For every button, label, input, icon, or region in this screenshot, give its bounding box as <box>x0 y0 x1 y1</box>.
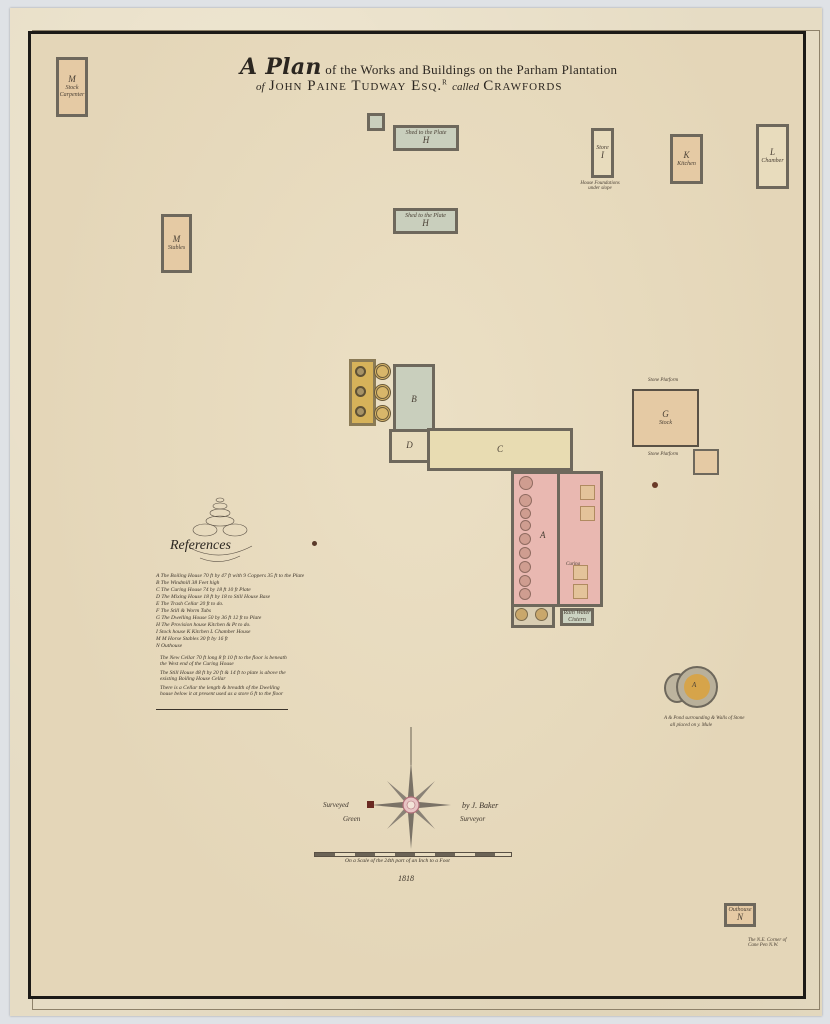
curing-cistern <box>580 506 595 521</box>
well-water <box>684 674 710 700</box>
building-i-caption: House Foundations under slope <box>580 181 620 191</box>
building-n-outhouse: Outhouse N <box>724 903 756 927</box>
boiling-copper <box>520 520 531 531</box>
title-a-plan: A Plan <box>240 54 322 80</box>
worm-tub-2 <box>374 384 391 401</box>
building-small-square <box>367 113 385 131</box>
building-g-dwelling: G Stock <box>632 389 699 447</box>
title-estate-name: Crawfords <box>483 78 562 94</box>
building-d: D <box>389 429 430 463</box>
building-m-stables: M Stables <box>161 214 192 273</box>
curing-cistern <box>573 584 588 599</box>
building-label: Stock <box>659 420 672 427</box>
lower-copper-1 <box>515 608 528 621</box>
lower-copper-2 <box>535 608 548 621</box>
building-k-kitchen: K Kitchen <box>670 134 703 184</box>
title-of: of <box>256 81 265 93</box>
building-letter: C <box>497 445 503 455</box>
building-letter: B <box>411 395 417 405</box>
title-owner: John Paine Tudway Esq. <box>269 78 442 94</box>
building-i-store: Store I <box>591 128 614 178</box>
boiling-copper <box>519 575 531 587</box>
worm-tub-1 <box>374 363 391 380</box>
ink-stain <box>312 541 317 546</box>
building-b: B <box>393 364 435 432</box>
boiling-copper <box>519 547 531 559</box>
building-label: Chamber <box>761 158 783 165</box>
building-letter: M <box>68 75 76 85</box>
bottom-corner-note: The N.E. Corner of Cane Pen N.W. <box>748 938 793 948</box>
map-year: 1818 <box>398 874 414 883</box>
title-called: called <box>452 81 479 93</box>
still-copper-1 <box>355 366 366 377</box>
reference-note: There is a Cellar the length & breadth o… <box>160 685 290 697</box>
building-a-letter: A <box>540 530 546 540</box>
still-copper-3 <box>355 406 366 417</box>
building-g-caption-top: Stone Platform <box>648 378 678 383</box>
reference-item: N Outhouse <box>156 643 182 649</box>
building-g-annex <box>693 449 719 475</box>
surveyed-location: Green <box>343 815 360 823</box>
compass-rose-icon <box>365 725 465 850</box>
building-sublabel: Carpenter <box>60 92 85 99</box>
building-letter: H <box>422 219 429 229</box>
boiling-copper <box>519 561 531 573</box>
still-copper-2 <box>355 386 366 397</box>
title-owner-suffix: R <box>442 79 448 87</box>
worm-tub-3 <box>374 405 391 422</box>
references-flourish-icon <box>180 488 260 568</box>
building-c-curing-house: C <box>427 428 573 471</box>
references-heading: References <box>170 538 231 554</box>
ink-stain <box>652 482 658 488</box>
reference-item: C The Curing House 74 by 18 ft 10 ft Pla… <box>156 587 251 593</box>
title-line-1: A Plan of the Works and Buildings on the… <box>240 54 617 80</box>
curing-cistern <box>573 565 588 580</box>
building-letter: K <box>683 151 689 161</box>
building-g-caption-bottom: Stone Platform <box>648 452 678 457</box>
title-line-2: of John Paine Tudway Esq.R called Crawfo… <box>256 78 562 95</box>
boiling-copper <box>519 494 532 507</box>
building-letter: M <box>173 235 181 245</box>
reference-item: H The Provision house Kitchen & Pt to do… <box>156 622 251 628</box>
surveyed-label: Surveyed <box>323 801 349 809</box>
surveyor-title: Surveyor <box>460 815 485 823</box>
reference-item: D The Mixing House 18 ft by 18 to Still … <box>156 594 270 600</box>
building-label: Kitchen <box>677 161 696 168</box>
building-l-chamber: L Chamber <box>756 124 789 189</box>
well-caption-1: A & Pond surrounding & Walls of Stone <box>664 716 745 721</box>
building-letter: I <box>601 151 604 161</box>
building-letter: G <box>662 410 669 420</box>
building-label: Stock <box>66 85 79 92</box>
reference-item: G The Dwelling House 50 by 36 ft 12 ft t… <box>156 615 261 621</box>
reference-item: F The Still & Worm Tubs <box>156 608 211 614</box>
reference-item: B The Windmill 38 Feet high <box>156 580 219 586</box>
reference-item: E The Trash Cellar 20 ft to do. <box>156 601 224 607</box>
rain-water-cistern: Rain Water Cistern <box>560 608 594 626</box>
building-h-shed: Shed to the Plate H <box>393 125 459 151</box>
building-letter: D <box>406 441 413 451</box>
building-letter: L <box>770 148 775 158</box>
building-label: Stables <box>168 245 185 252</box>
boiling-copper <box>519 533 531 545</box>
title-line-1-rest: of the Works and Buildings on the Parham… <box>325 62 617 77</box>
boiling-copper <box>519 588 531 600</box>
reference-note: The Still House 48 ft by 20 ft & 14 ft t… <box>160 670 290 682</box>
reference-item: I Stock house K Kitchen L Chamber House <box>156 629 250 635</box>
boiling-copper <box>520 508 531 519</box>
building-letter: H <box>423 136 430 146</box>
building-m-top: M Stock Carpenter <box>56 57 88 117</box>
well-letter: A <box>692 681 696 689</box>
building-letter: N <box>737 913 743 923</box>
boiling-copper <box>519 476 533 490</box>
reference-note: The New Cellar 70 ft long 8 ft 10 ft to … <box>160 655 290 667</box>
surveyor-name: by J. Baker <box>462 801 498 810</box>
scale-bar <box>314 852 512 857</box>
boiling-house-partition <box>557 474 560 604</box>
scale-label: On a Scale of the 24th part of an Inch t… <box>345 858 450 864</box>
well-caption-2: all placed on y. Mule <box>670 723 712 728</box>
building-h-shed-lower: Shed to the Plate H <box>393 208 458 234</box>
reference-item: A The Boiling House 70 ft by 47 ft with … <box>156 573 304 579</box>
curing-cistern <box>580 485 595 500</box>
reference-item: M M Horse Stables 30 ft by 16 ft <box>156 636 228 642</box>
cistern-caption: Rain Water Cistern <box>563 610 591 623</box>
references-underline <box>156 709 288 710</box>
